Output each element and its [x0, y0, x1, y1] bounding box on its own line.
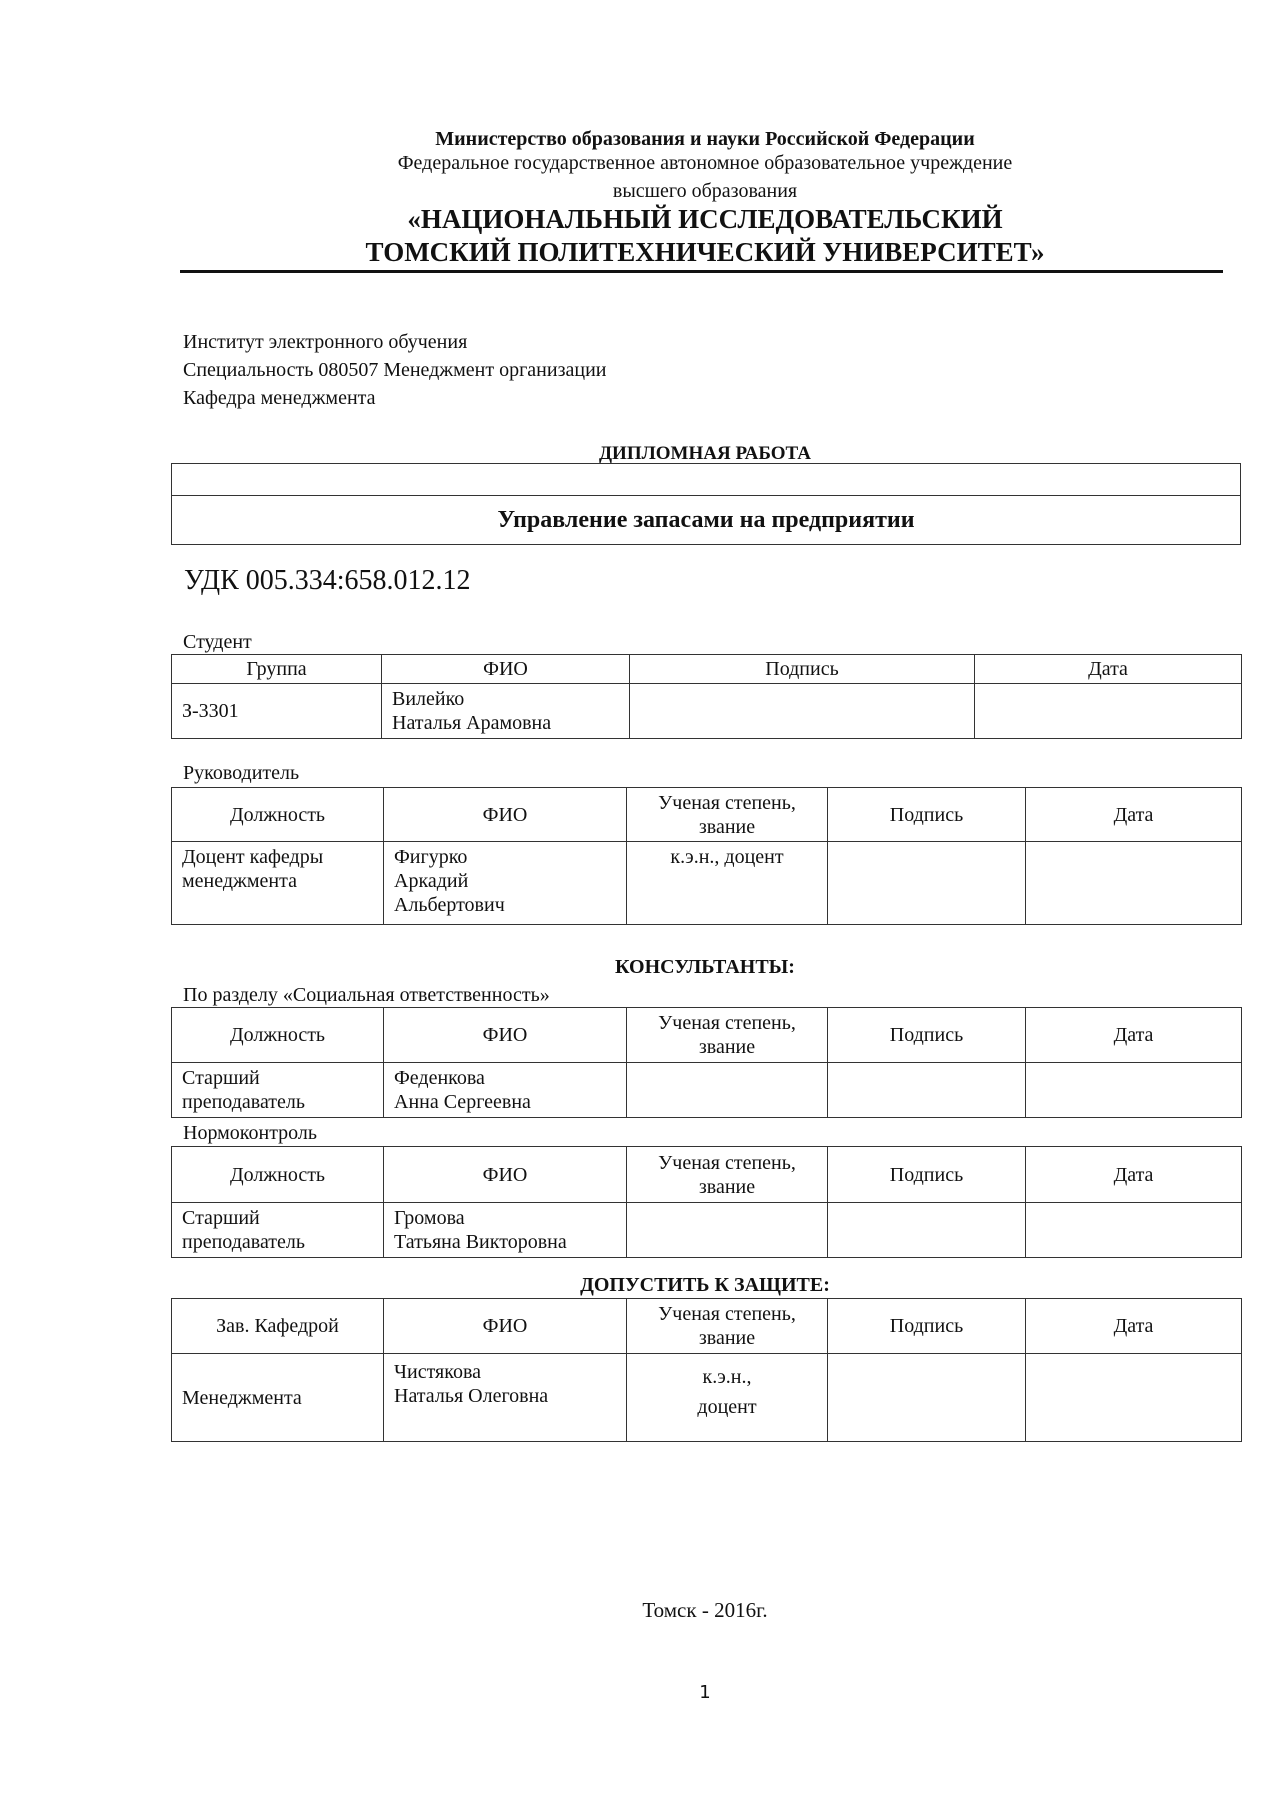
student-group: З-3301: [172, 684, 382, 739]
work-type: ДИПЛОМНАЯ РАБОТА: [0, 444, 1280, 463]
column-header: ФИО: [384, 1147, 627, 1203]
table-header-row: Должность ФИО Ученая степень,звание Подп…: [172, 788, 1242, 842]
column-header: Ученая степень,звание: [627, 788, 828, 842]
table-header-row: Должность ФИО Ученая степень,звание Подп…: [172, 1008, 1242, 1063]
name-line: Аркадий: [394, 869, 616, 893]
date-cell: [975, 684, 1242, 739]
work-title: Управление запасами на предприятии: [172, 496, 1241, 545]
supervisor-label: Руководитель: [183, 763, 299, 783]
social-consultant-table: Должность ФИО Ученая степень,звание Подп…: [171, 1007, 1242, 1118]
student-name: ВилейкоНаталья Арамовна: [382, 684, 630, 739]
degree-cell: [627, 1063, 828, 1118]
udk-code: УДК 005.334:658.012.12: [184, 567, 471, 595]
consultants-heading: КОНСУЛЬТАНТЫ:: [0, 957, 1280, 977]
title-box-empty-row: [172, 464, 1241, 496]
admission-heading: ДОПУСТИТЬ К ЗАЩИТЕ:: [0, 1275, 1280, 1295]
header-line: Ученая степень,: [637, 791, 817, 815]
column-header: Дата: [1026, 1299, 1242, 1354]
name-line: Наталья Арамовна: [392, 711, 619, 735]
name-line: Феденкова: [394, 1066, 616, 1090]
column-header: Дата: [1026, 788, 1242, 842]
column-header: Ученая степень,звание: [627, 1008, 828, 1063]
signature-cell: [828, 1063, 1026, 1118]
header-line: Ученая степень,: [637, 1151, 817, 1175]
admission-table: Зав. Кафедрой ФИО Ученая степень,звание …: [171, 1298, 1242, 1442]
city-year: Томск - 2016г.: [0, 1600, 1280, 1621]
column-header: Группа: [172, 655, 382, 684]
column-header: Подпись: [828, 788, 1026, 842]
page-number: 1: [0, 1684, 1280, 1702]
position-cell: Доцент кафедрыменеджмента: [172, 842, 384, 925]
normcontrol-label: Нормоконтроль: [183, 1123, 317, 1143]
degree-cell: к.э.н.,доцент: [627, 1354, 828, 1442]
title-box: Управление запасами на предприятии: [171, 463, 1241, 545]
name-line: Чистякова: [394, 1360, 616, 1384]
signature-cell: [828, 1354, 1026, 1442]
column-header: Дата: [975, 655, 1242, 684]
student-table: Группа ФИО Подпись Дата З-3301 ВилейкоНа…: [171, 654, 1242, 739]
header-line: Ученая степень,: [637, 1011, 817, 1035]
column-header: ФИО: [384, 1299, 627, 1354]
header-divider: [180, 270, 1223, 273]
signature-cell: [630, 684, 975, 739]
institution-type-line2: высшего образования: [0, 181, 1280, 201]
column-header: Подпись: [828, 1299, 1026, 1354]
department: Кафедра менеджмента: [183, 388, 376, 408]
header-line: Ученая степень,: [637, 1302, 817, 1326]
institution-type-line1: Федеральное государственное автономное о…: [0, 153, 1280, 173]
supervisor-table: Должность ФИО Ученая степень,звание Подп…: [171, 787, 1242, 925]
student-label: Студент: [183, 632, 252, 652]
column-header: Должность: [172, 788, 384, 842]
name-line: Вилейко: [392, 687, 619, 711]
signature-cell: [828, 842, 1026, 925]
column-header: Подпись: [828, 1147, 1026, 1203]
institute-name: Институт электронного обучения: [183, 332, 467, 352]
column-header: Дата: [1026, 1147, 1242, 1203]
name-cell: ФигуркоАркадийАльбертович: [384, 842, 627, 925]
column-header: ФИО: [384, 788, 627, 842]
column-header: Ученая степень,звание: [627, 1147, 828, 1203]
university-name-line1: «НАЦИОНАЛЬНЫЙ ИССЛЕДОВАТЕЛЬСКИЙ: [0, 206, 1280, 233]
header-line: звание: [637, 1326, 817, 1350]
column-header: Должность: [172, 1147, 384, 1203]
signature-cell: [828, 1203, 1026, 1258]
table-row: З-3301 ВилейкоНаталья Арамовна: [172, 684, 1242, 739]
column-header: Должность: [172, 1008, 384, 1063]
position-line: Старший: [182, 1066, 373, 1090]
name-line: Татьяна Викторовна: [394, 1230, 616, 1254]
column-header: Подпись: [630, 655, 975, 684]
column-header: ФИО: [384, 1008, 627, 1063]
date-cell: [1026, 842, 1242, 925]
date-cell: [1026, 1354, 1242, 1442]
position-cell: Старшийпреподаватель: [172, 1063, 384, 1118]
header-line: звание: [637, 1035, 817, 1059]
table-row: Менеджмента ЧистяковаНаталья Олеговна к.…: [172, 1354, 1242, 1442]
degree-line: доцент: [637, 1392, 817, 1422]
date-cell: [1026, 1203, 1242, 1258]
social-section-label: По разделу «Социальная ответственность»: [183, 985, 550, 1005]
position-cell: Менеджмента: [172, 1354, 384, 1442]
column-header: Дата: [1026, 1008, 1242, 1063]
name-line: Анна Сергеевна: [394, 1090, 616, 1114]
table-row: Старшийпреподаватель ФеденковаАнна Серге…: [172, 1063, 1242, 1118]
table-header-row: Группа ФИО Подпись Дата: [172, 655, 1242, 684]
normcontrol-table: Должность ФИО Ученая степень,звание Подп…: [171, 1146, 1242, 1258]
position-cell: Старшийпреподаватель: [172, 1203, 384, 1258]
column-header: Зав. Кафедрой: [172, 1299, 384, 1354]
name-cell: ЧистяковаНаталья Олеговна: [384, 1354, 627, 1442]
university-name-line2: ТОМСКИЙ ПОЛИТЕХНИЧЕСКИЙ УНИВЕРСИТЕТ»: [0, 239, 1280, 266]
position-line: преподаватель: [182, 1230, 373, 1254]
position-line: Старший: [182, 1206, 373, 1230]
degree-line: к.э.н.,: [637, 1362, 817, 1392]
column-header: Подпись: [828, 1008, 1026, 1063]
column-header: ФИО: [382, 655, 630, 684]
name-cell: ГромоваТатьяна Викторовна: [384, 1203, 627, 1258]
name-line: Альбертович: [394, 893, 616, 917]
table-row: Старшийпреподаватель ГромоваТатьяна Викт…: [172, 1203, 1242, 1258]
name-line: Громова: [394, 1206, 616, 1230]
date-cell: [1026, 1063, 1242, 1118]
position-line: Доцент кафедры: [182, 845, 373, 869]
table-header-row: Зав. Кафедрой ФИО Ученая степень,звание …: [172, 1299, 1242, 1354]
name-cell: ФеденковаАнна Сергеевна: [384, 1063, 627, 1118]
column-header: Ученая степень,звание: [627, 1299, 828, 1354]
ministry-name: Министерство образования и науки Российс…: [0, 129, 1280, 149]
header-line: звание: [637, 1175, 817, 1199]
position-line: преподаватель: [182, 1090, 373, 1114]
degree-cell: [627, 1203, 828, 1258]
name-line: Фигурко: [394, 845, 616, 869]
degree-cell: к.э.н., доцент: [627, 842, 828, 925]
specialty: Специальность 080507 Менеджмент организа…: [183, 360, 606, 380]
header-line: звание: [637, 815, 817, 839]
name-line: Наталья Олеговна: [394, 1384, 616, 1408]
position-line: менеджмента: [182, 869, 373, 893]
table-row: Доцент кафедрыменеджмента ФигуркоАркадий…: [172, 842, 1242, 925]
table-header-row: Должность ФИО Ученая степень,звание Подп…: [172, 1147, 1242, 1203]
